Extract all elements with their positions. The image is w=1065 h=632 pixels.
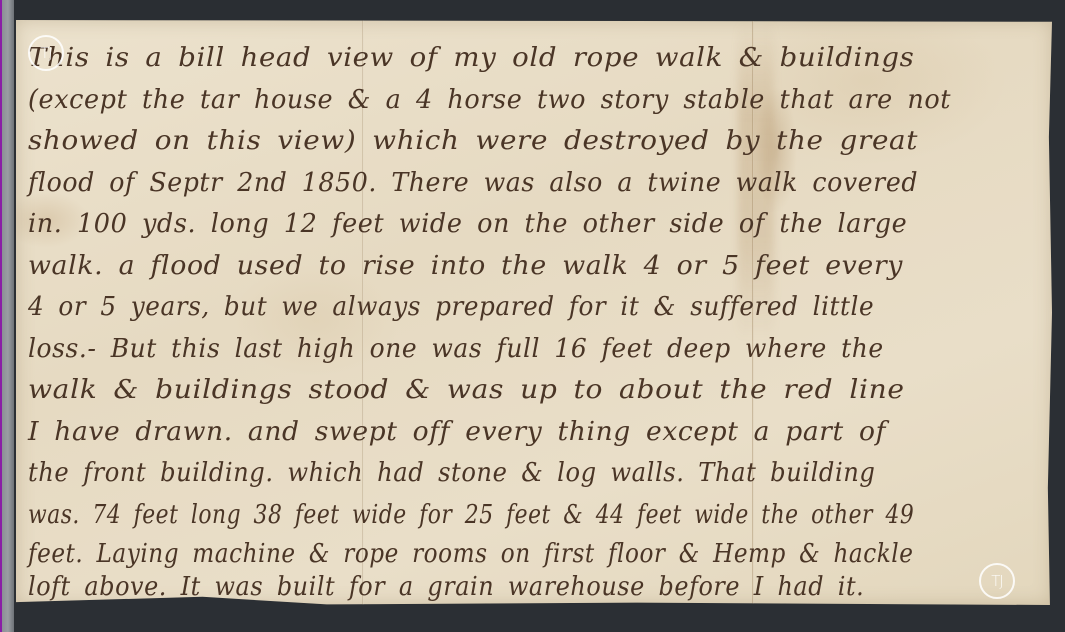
text-line-9: walk & buildings stood & was up to about… bbox=[28, 370, 1065, 412]
text-line-7: 4 or 5 years, but we always prepared for… bbox=[28, 287, 978, 329]
text-line-2: (except the tar house & a 4 horse two st… bbox=[28, 80, 1008, 122]
text-line-3: showed on this view) which were destroye… bbox=[28, 121, 1065, 163]
watermark-text: TJ bbox=[991, 572, 1003, 590]
handwritten-text: This is a bill head view of my old rope … bbox=[28, 38, 1028, 602]
text-line-6: walk. a flood used to rise into the walk… bbox=[28, 246, 1058, 288]
scan-edge-strip bbox=[0, 0, 14, 632]
text-line-4: flood of Septr 2nd 1850. There was also … bbox=[28, 163, 998, 205]
text-line-11: the front building. which had stone & lo… bbox=[28, 453, 958, 495]
text-line-12: was. 74 feet long 38 feet wide for 25 fe… bbox=[28, 495, 868, 537]
text-line-14: loft above. It was built for a grain war… bbox=[28, 572, 948, 602]
text-line-10: I have drawn. and swept off every thing … bbox=[28, 412, 1048, 454]
text-line-5: in. 100 yds. long 12 feet wide on the ot… bbox=[28, 204, 1008, 246]
text-line-13: feet. Laying machine & rope rooms on fir… bbox=[28, 536, 918, 572]
text-line-1: This is a bill head view of my old rope … bbox=[28, 38, 1065, 80]
tj-watermark-logo-bottom: TJ bbox=[979, 563, 1015, 599]
watermark-text: TJ bbox=[40, 44, 52, 62]
tj-watermark-logo-top: TJ bbox=[28, 35, 64, 71]
mat-border bbox=[14, 0, 1065, 20]
text-line-8: loss.- But this last high one was full 1… bbox=[28, 329, 988, 371]
